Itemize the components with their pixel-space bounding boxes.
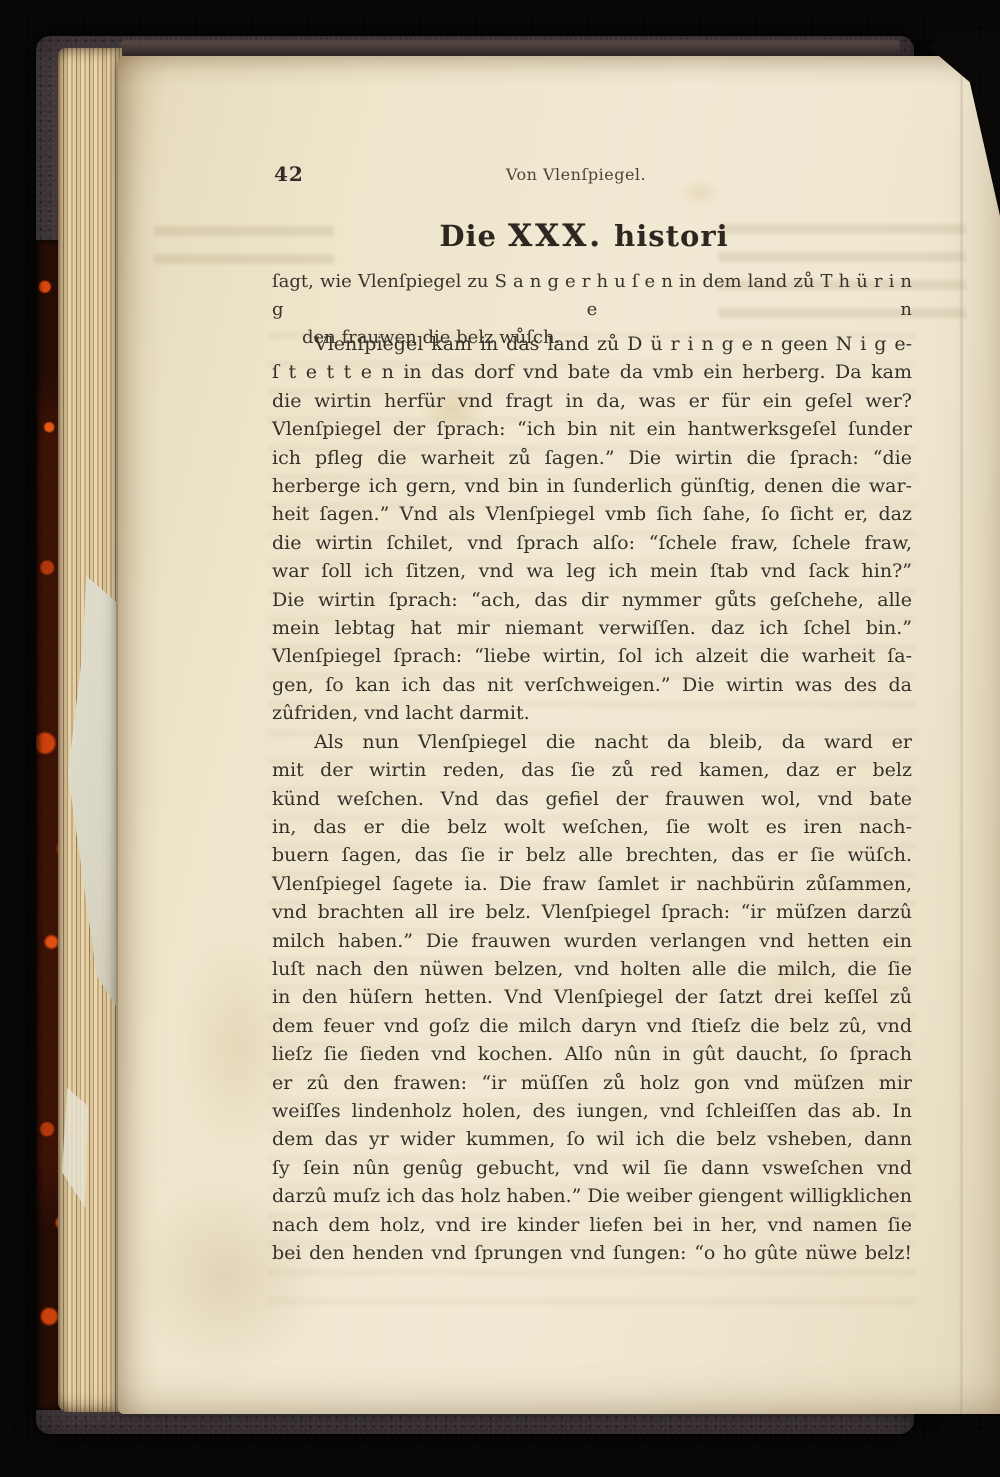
text-line: dem feuer vnd goſz die milch daryn vnd ſ… (272, 1012, 912, 1040)
text-line: luſt nach den nüwen belzen, vnd holten a… (272, 955, 912, 983)
text-line: nach dem holz, vnd ire kinder liefen bei… (272, 1211, 912, 1239)
chapter-title: Die XXX. histori (264, 218, 904, 254)
text-line: buern ſagen, das ſie ir belz alle brecht… (272, 841, 912, 869)
text-line: heit ſagen.” Vnd als Vlenſpiegel vmb ſic… (272, 500, 912, 528)
text-line: bei den henden vnd ſprungen vnd ſungen: … (272, 1239, 912, 1267)
text-line: war ſoll ich ſitzen, vnd wa leg ich mein… (272, 557, 912, 585)
text-line: ſ t e t t e n in das dorf vnd bate da vm… (272, 358, 912, 386)
paragraph: Vlenſpiegel kam in das land zů D ü r i n… (272, 330, 912, 728)
book-cover-top-edge (120, 40, 900, 56)
book-page: 42 Von Vlenſpiegel. Die XXX. histori ſag… (118, 56, 1000, 1414)
text-line: die wirtin ſchilet, vnd ſprach alſo: “ſc… (272, 529, 912, 557)
running-head: Von Vlenſpiegel. (256, 165, 896, 184)
text-line: mit der wirtin reden, das ſie zů red kam… (272, 756, 912, 784)
page-gutter-crease (960, 56, 964, 1414)
page-fore-edge-stack (58, 48, 122, 1412)
text-line: mein lebtag hat mir niemant verwiſſen. d… (272, 614, 912, 642)
text-line: ich pfleg die warheit zů ſagen.” Die wir… (272, 444, 912, 472)
text-line: Vlenſpiegel der ſprach: “ich bin nit ein… (272, 415, 912, 443)
chapter-title-numeral: XXX. (508, 218, 603, 254)
text-line: Vlenſpiegel ſprach: “liebe wirtin, ſol i… (272, 642, 912, 670)
text-line: weiſſes lindenholz holen, des iungen, vn… (272, 1097, 912, 1125)
text-line: künd weſchen. Vnd das gefiel der frauwen… (272, 785, 912, 813)
text-line: in den hüſern hetten. Vnd Vlenſpiegel de… (272, 983, 912, 1011)
protruding-page-slip-small (62, 1088, 88, 1208)
chapter-title-word1: Die (439, 219, 497, 253)
text-line: herberge ich gern, vnd bin in ſunderlich… (272, 472, 912, 500)
text-line: lieſz ſie ſieden vnd kochen. Alſo nûn in… (272, 1040, 912, 1068)
chapter-title-word2: histori (614, 219, 728, 253)
paragraph: Als nun Vlenſpiegel die nacht da bleib, … (272, 728, 912, 1268)
page-header: 42 Von Vlenſpiegel. (272, 162, 912, 188)
protruding-page-slip (68, 576, 116, 1006)
body-text: Vlenſpiegel kam in das land zů D ü r i n… (272, 330, 912, 1267)
text-line: Die wirtin ſprach: “ach, das dir nymmer … (272, 586, 912, 614)
text-line: zûfriden, vnd lacht darmit. (272, 699, 912, 727)
text-line: ſy ſein nûn genûg gebucht, vnd wil ſie d… (272, 1154, 912, 1182)
text-line: Als nun Vlenſpiegel die nacht da bleib, … (272, 728, 912, 756)
text-line: darzû muſz ich das holz haben.” Die weib… (272, 1182, 912, 1210)
text-line: Vlenſpiegel kam in das land zů D ü r i n… (272, 330, 912, 358)
text-line: in, das er die belz wolt weſchen, ſie wo… (272, 813, 912, 841)
text-line: er zû den frawen: “ir müſſen zů holz gon… (272, 1069, 912, 1097)
text-line: dem das yr wider kummen, ſo wil ich die … (272, 1125, 912, 1153)
text-line: vnd brachten all ire belz. Vlenſpiegel ſ… (272, 898, 912, 926)
text-line: Vlenſpiegel ſagete ia. Die fraw ſamlet i… (272, 870, 912, 898)
text-line: gen, ſo kan ich das nit verſchweigen.” D… (272, 671, 912, 699)
text-line: die wirtin herfür vnd fragt in da, was e… (272, 387, 912, 415)
text-line: milch haben.” Die frauwen wurden verlang… (272, 927, 912, 955)
subtitle-line: ſagt, wie Vlenſpiegel zu S a n g e r h u… (272, 268, 912, 324)
book-photo: 42 Von Vlenſpiegel. Die XXX. histori ſag… (0, 0, 1000, 1477)
